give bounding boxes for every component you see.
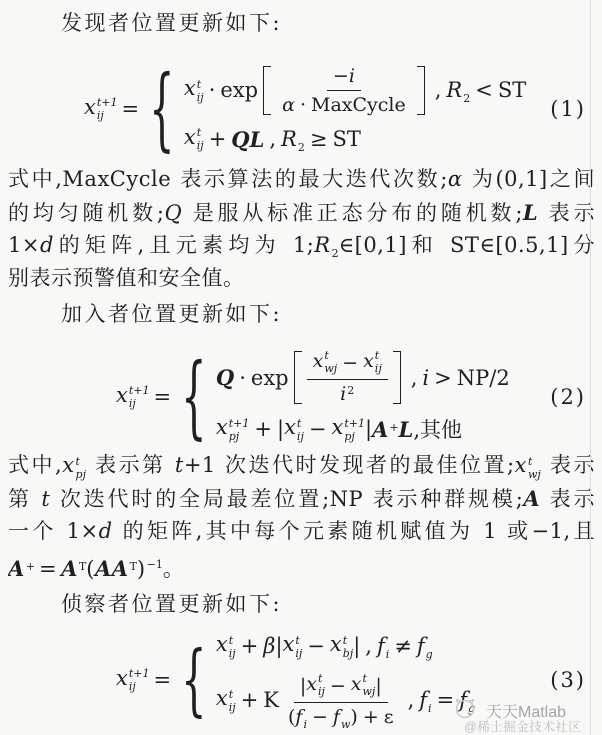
math-token: tij <box>229 689 236 715</box>
math-token: 式中, <box>8 453 62 477</box>
math-token: f <box>419 688 427 712</box>
math-token: ij <box>295 648 302 661</box>
math-token: −i <box>333 65 355 87</box>
math-token: xtij <box>283 632 303 661</box>
math-token: xt+1pj <box>216 415 249 444</box>
equation-2-lhs: xt+1ij= <box>116 383 175 412</box>
math-token: xtij <box>216 686 236 715</box>
math-token: , <box>269 127 276 151</box>
case-brace-icon: { <box>181 352 206 442</box>
math-token: f <box>333 706 340 728</box>
math-token: t <box>295 635 302 648</box>
math-token: 一个 1× <box>8 519 99 543</box>
math-token: + <box>363 706 379 728</box>
math-token: L <box>523 200 538 225</box>
math-token: −1 <box>147 548 163 581</box>
math-token: ij <box>375 363 382 376</box>
math-token: − <box>342 352 358 374</box>
math-token: fi <box>419 688 431 712</box>
math-token: x <box>216 415 228 439</box>
math-token: bj <box>343 648 353 661</box>
math-token: 表示第 <box>86 453 175 477</box>
math-token: 1× <box>8 233 40 257</box>
math-token: (fi−fw)+ε <box>282 703 400 728</box>
math-token: | <box>275 634 282 658</box>
text-line: 别表示预警值和安全值。 <box>8 262 595 295</box>
math-token: twj <box>528 456 541 482</box>
math-token: |xtij−xtwj| <box>294 673 388 704</box>
equation-1-number: (1) <box>550 97 586 121</box>
heading-joiner-update: 加入者位置更新如下: <box>61 302 282 326</box>
math-token <box>263 66 271 115</box>
math-token: i <box>422 366 429 390</box>
math-token: = <box>153 385 171 409</box>
math-token: 2 <box>463 92 470 105</box>
math-token: + <box>209 127 227 151</box>
math-token: xt+1ij <box>116 383 149 412</box>
math-token: R <box>314 233 330 257</box>
equation-2: xt+1ij= { Q·expxtwj−xtiji2,i>NP/2 xt+1pj… <box>0 338 602 456</box>
math-token: , <box>411 366 418 390</box>
math-token: x <box>84 95 96 119</box>
math-token: xt+1pj <box>331 415 364 444</box>
math-token: 别表示预警值和安全值。 <box>8 266 245 290</box>
math-token <box>393 351 401 405</box>
math-token: + <box>241 688 259 712</box>
math-token: − <box>312 706 328 728</box>
math-token: A <box>523 486 540 511</box>
math-token: α <box>448 167 463 191</box>
math-token: t <box>528 456 541 469</box>
math-token: wj <box>324 363 337 376</box>
math-token: −i <box>327 65 361 91</box>
math-token: xtij <box>184 125 204 154</box>
math-token: xtwj <box>313 350 338 377</box>
math-token: t <box>229 689 236 702</box>
math-token: xt+1ij <box>116 666 149 695</box>
case-brace-icon: { <box>181 641 206 719</box>
math-token: MaxCycle <box>311 94 406 116</box>
equation-1-lhs: xt+1ij= <box>84 95 143 124</box>
math-token: R2 <box>446 78 470 102</box>
math-token: t+1ij <box>97 97 118 123</box>
math-token: x <box>116 383 128 407</box>
math-token: 的均匀随机数; <box>8 201 164 225</box>
math-token: x <box>184 125 196 149</box>
math-token: f <box>417 634 425 658</box>
math-token: xtwj <box>351 673 376 700</box>
math-token: ij <box>197 92 204 105</box>
math-token: A+ <box>8 552 35 581</box>
math-token: ij <box>129 681 150 694</box>
math-token: 。 <box>163 557 185 581</box>
math-token: + <box>389 421 398 434</box>
page-edge-divider <box>590 0 591 735</box>
math-token: 表示 <box>538 201 595 225</box>
math-token: xtpj <box>62 449 86 482</box>
math-token: 为(0,1]之间 <box>463 167 595 191</box>
math-token: − <box>307 634 325 658</box>
math-token: wj <box>363 686 376 699</box>
math-token: xtbj <box>330 632 353 661</box>
math-token: tij <box>375 350 382 376</box>
math-token: ij <box>97 110 118 123</box>
math-token: x <box>216 686 228 710</box>
math-token: MaxCycle <box>62 167 171 191</box>
math-token: i <box>303 718 307 731</box>
math-token: ,其他 <box>413 414 462 444</box>
math-token: x <box>116 666 128 690</box>
math-token: , <box>408 688 415 712</box>
text-line: 式中,xtpj 表示第 t+1 次迭代时发现者的最佳位置;xtwj 表示 <box>8 449 595 482</box>
math-token: ij <box>229 702 236 715</box>
math-token <box>294 351 302 405</box>
math-token: t <box>229 635 236 648</box>
math-token: 式中, <box>8 167 62 191</box>
math-token: xtwj−xtiji2 <box>307 350 388 406</box>
math-token: QL <box>231 127 264 152</box>
equation-1-cases: xtij·exp−iα·MaxCycle,R2<ST xtij+QL,R2≥ST <box>184 65 526 154</box>
case-brace-icon: { <box>149 64 174 154</box>
heading-scout-update: 侦察者位置更新如下: <box>61 592 282 616</box>
math-token: R2 <box>281 127 305 151</box>
math-token: xt+1ij <box>84 95 117 124</box>
math-token: t <box>41 487 50 511</box>
math-token: tij <box>197 127 204 153</box>
math-token: L <box>399 417 414 442</box>
math-token: pj <box>344 431 365 444</box>
text-line: 的均匀随机数;Q 是服从标准正态分布的随机数;L 表示 <box>8 196 595 229</box>
math-token: · <box>209 78 216 102</box>
math-token: T <box>79 550 86 581</box>
math-token: < <box>475 78 493 102</box>
math-token <box>417 66 425 115</box>
math-token: t+1 <box>344 418 365 431</box>
math-token: t <box>76 456 86 469</box>
math-token: A+ <box>372 417 399 442</box>
scanned-paper-page: 发现者位置更新如下: xt+1ij= { xtij·exp−iα·MaxCycl… <box>0 0 602 735</box>
text-line: 1×d的矩阵,且元素均为 1;R2∈[0,1]和 ST∈[0.5,1]分 <box>8 229 595 262</box>
math-token: x <box>331 415 343 439</box>
equation-3-number: (3) <box>550 668 586 692</box>
math-token: i <box>386 648 390 661</box>
math-token: x <box>306 673 317 695</box>
math-token: 表示算法的最大迭代次数; <box>171 167 448 191</box>
math-token: x <box>284 415 296 439</box>
text-line: 第 t 次迭代时的全局最差位置;NP 表示种群规模;A 表示 <box>8 482 595 515</box>
math-token: ∈[0,1]和 ST∈[0.5,1]分 <box>339 233 595 257</box>
math-token: tij <box>297 418 304 444</box>
math-token: d <box>40 233 54 257</box>
math-token: t+1pj <box>229 418 250 444</box>
math-token: xtij <box>184 76 204 105</box>
math-token: β <box>263 634 275 658</box>
math-token: x <box>351 673 362 695</box>
math-token: x <box>283 632 295 656</box>
math-token: R <box>281 127 297 151</box>
math-token: xtij <box>216 632 236 661</box>
math-token: twj <box>324 350 337 376</box>
math-token: x <box>515 453 527 477</box>
math-token: , <box>365 634 372 658</box>
math-token: fi <box>295 706 307 728</box>
math-token: tpj <box>76 456 86 482</box>
math-token: A <box>61 556 78 581</box>
math-token: ij <box>129 398 150 411</box>
math-token: x <box>363 350 374 372</box>
math-token: xtij <box>363 350 382 377</box>
math-token: t+1ij <box>129 385 150 411</box>
math-token: t <box>197 79 204 92</box>
math-token: pj <box>229 431 250 444</box>
math-token: + <box>254 417 272 441</box>
math-token: tij <box>318 673 325 699</box>
math-token: − <box>330 675 346 697</box>
math-token: 是服从标准正态分布的随机数; <box>182 201 523 225</box>
math-token: = <box>153 668 171 692</box>
math-token: | <box>365 417 372 441</box>
math-token: ij <box>318 686 325 699</box>
equation-1-case-1: xtij·exp−iα·MaxCycle,R2<ST <box>184 65 526 116</box>
math-token: = <box>121 97 139 121</box>
math-token: Q <box>164 201 182 225</box>
math-token: fg <box>417 634 433 658</box>
math-token: x <box>184 76 196 100</box>
math-token: t <box>297 418 304 431</box>
math-token: ) <box>350 706 357 728</box>
math-token: R <box>446 78 462 102</box>
equation-2-number: (2) <box>550 385 586 409</box>
math-token: > <box>434 366 452 390</box>
equation-3-cases: xtij+β|xtij−xtbj|,fi≠fg xtij+K|xtij−xtwj… <box>216 632 475 728</box>
math-token: 2 <box>347 384 354 397</box>
math-token: w <box>341 718 350 731</box>
text-line: 一个 1×d 的矩阵,其中每个元素随机赋值为 1 或−1,且 <box>8 515 595 548</box>
math-token: K <box>263 688 279 712</box>
math-token: · <box>300 94 306 116</box>
math-token: i <box>340 383 346 405</box>
heading-discoverer-update: 发现者位置更新如下: <box>61 11 282 35</box>
math-token: x <box>62 453 74 477</box>
text-line: A+=AT(AAT)−1。 <box>8 548 595 581</box>
math-token: xtij <box>306 673 325 700</box>
math-token: A <box>8 556 25 581</box>
math-token: − <box>309 417 327 441</box>
math-token: 表示 <box>540 487 595 511</box>
math-token: exp <box>220 78 258 102</box>
math-token: t <box>343 635 353 648</box>
math-token: ≠ <box>394 634 412 658</box>
math-token: f <box>377 634 385 658</box>
math-token: AA <box>95 556 129 581</box>
math-token: twj <box>363 673 376 699</box>
math-token: x <box>313 350 324 372</box>
math-token: fw <box>333 706 350 728</box>
math-token: = <box>39 557 57 581</box>
math-token: α·MaxCycle <box>276 91 412 116</box>
math-token: R2 <box>314 229 338 262</box>
watermark-community: @稀土掘金技术社区 <box>464 717 581 735</box>
math-token: −iα·MaxCycle <box>276 65 412 116</box>
math-token: ST <box>332 127 360 151</box>
math-token: tij <box>295 635 302 661</box>
math-token: i2 <box>340 383 354 405</box>
equation-1-case-2: xtij+QL,R2≥ST <box>184 125 526 154</box>
math-token: 第 <box>8 487 41 511</box>
math-token: tbj <box>343 635 353 661</box>
math-token: d <box>99 519 113 543</box>
math-token: ij <box>297 431 304 444</box>
math-token: T <box>130 550 137 581</box>
math-token: exp <box>251 366 289 390</box>
math-token: ε <box>384 706 394 728</box>
math-token: 2 <box>332 237 339 262</box>
math-token: 次迭代时的全局最差位置;NP 表示种群规模; <box>50 487 523 511</box>
math-token: , <box>435 78 442 102</box>
math-token: ) <box>137 557 146 581</box>
math-token: 表示 <box>541 453 595 477</box>
math-token: Q <box>216 365 234 390</box>
math-token: g <box>426 648 433 661</box>
math-token: α <box>282 94 295 116</box>
math-token: | <box>353 634 360 658</box>
math-token: tij <box>229 635 236 661</box>
math-token: f <box>295 706 302 728</box>
math-token: + <box>26 550 35 581</box>
math-token: A <box>372 417 388 442</box>
math-token: xtij <box>284 415 304 444</box>
math-token: ij <box>197 140 204 153</box>
math-token: t <box>175 453 184 477</box>
math-token: 的矩阵,其中每个元素随机赋值为 1 或−1,且 <box>113 519 595 543</box>
math-token: ST <box>498 78 526 102</box>
math-token: xtwj−xtij <box>307 350 388 381</box>
math-token: wj <box>528 469 541 482</box>
equation-3-case-1: xtij+β|xtij−xtbj|,fi≠fg <box>216 632 475 661</box>
math-token: | <box>375 675 381 697</box>
math-token: pj <box>76 469 86 482</box>
text-line: 式中,MaxCycle 表示算法的最大迭代次数;α 为(0,1]之间 <box>8 163 595 196</box>
paragraph-2: 式中,xtpj 表示第 t+1 次迭代时发现者的最佳位置;xtwj 表示 第 t… <box>8 449 595 581</box>
math-token: ij <box>229 648 236 661</box>
math-token: i <box>428 702 432 715</box>
equation-2-case-1: Q·expxtwj−xtiji2,i>NP/2 <box>216 350 510 406</box>
math-token: t+1 <box>229 418 250 431</box>
math-token: tij <box>197 79 204 105</box>
math-token: fi <box>377 634 389 658</box>
math-token: i2 <box>334 380 360 405</box>
equation-1: xt+1ij= { xtij·exp−iα·MaxCycle,R2<ST xti… <box>0 52 602 166</box>
equation-3-lhs: xt+1ij= <box>116 666 175 695</box>
math-token: xtwj <box>515 449 541 482</box>
math-token: t+1pj <box>344 418 365 444</box>
equation-2-cases: Q·expxtwj−xtiji2,i>NP/2 xt+1pj+|xtij−xt+… <box>216 350 510 445</box>
math-token: +1 次迭代时发现者的最佳位置; <box>184 453 515 477</box>
math-token: · <box>239 366 246 390</box>
math-token: 2 <box>298 141 305 154</box>
math-token: AAT <box>95 552 137 581</box>
math-token: ( <box>86 557 95 581</box>
math-token: + <box>241 634 259 658</box>
math-token: ≥ <box>310 127 328 151</box>
math-token: AT <box>61 552 86 581</box>
math-token: 的矩阵,且元素均为 1; <box>54 233 314 257</box>
paragraph-1: 式中,MaxCycle 表示算法的最大迭代次数;α 为(0,1]之间 的均匀随机… <box>8 163 595 295</box>
math-token: NP/2 <box>457 366 510 390</box>
equation-3-case-2: xtij+K|xtij−xtwj|(fi−fw)+ε,fi=fg <box>216 673 475 729</box>
watermark: 天天Matlab @稀土掘金技术社区 <box>450 693 600 733</box>
math-token: x <box>216 632 228 656</box>
math-token: t+1ij <box>129 668 150 694</box>
math-token: x <box>330 632 342 656</box>
math-token: |xtij−xtwj|(fi−fw)+ε <box>282 673 400 729</box>
equation-2-case-2: xt+1pj+|xtij−xt+1pj|A+L,其他 <box>216 414 510 444</box>
math-token: | <box>277 417 284 441</box>
